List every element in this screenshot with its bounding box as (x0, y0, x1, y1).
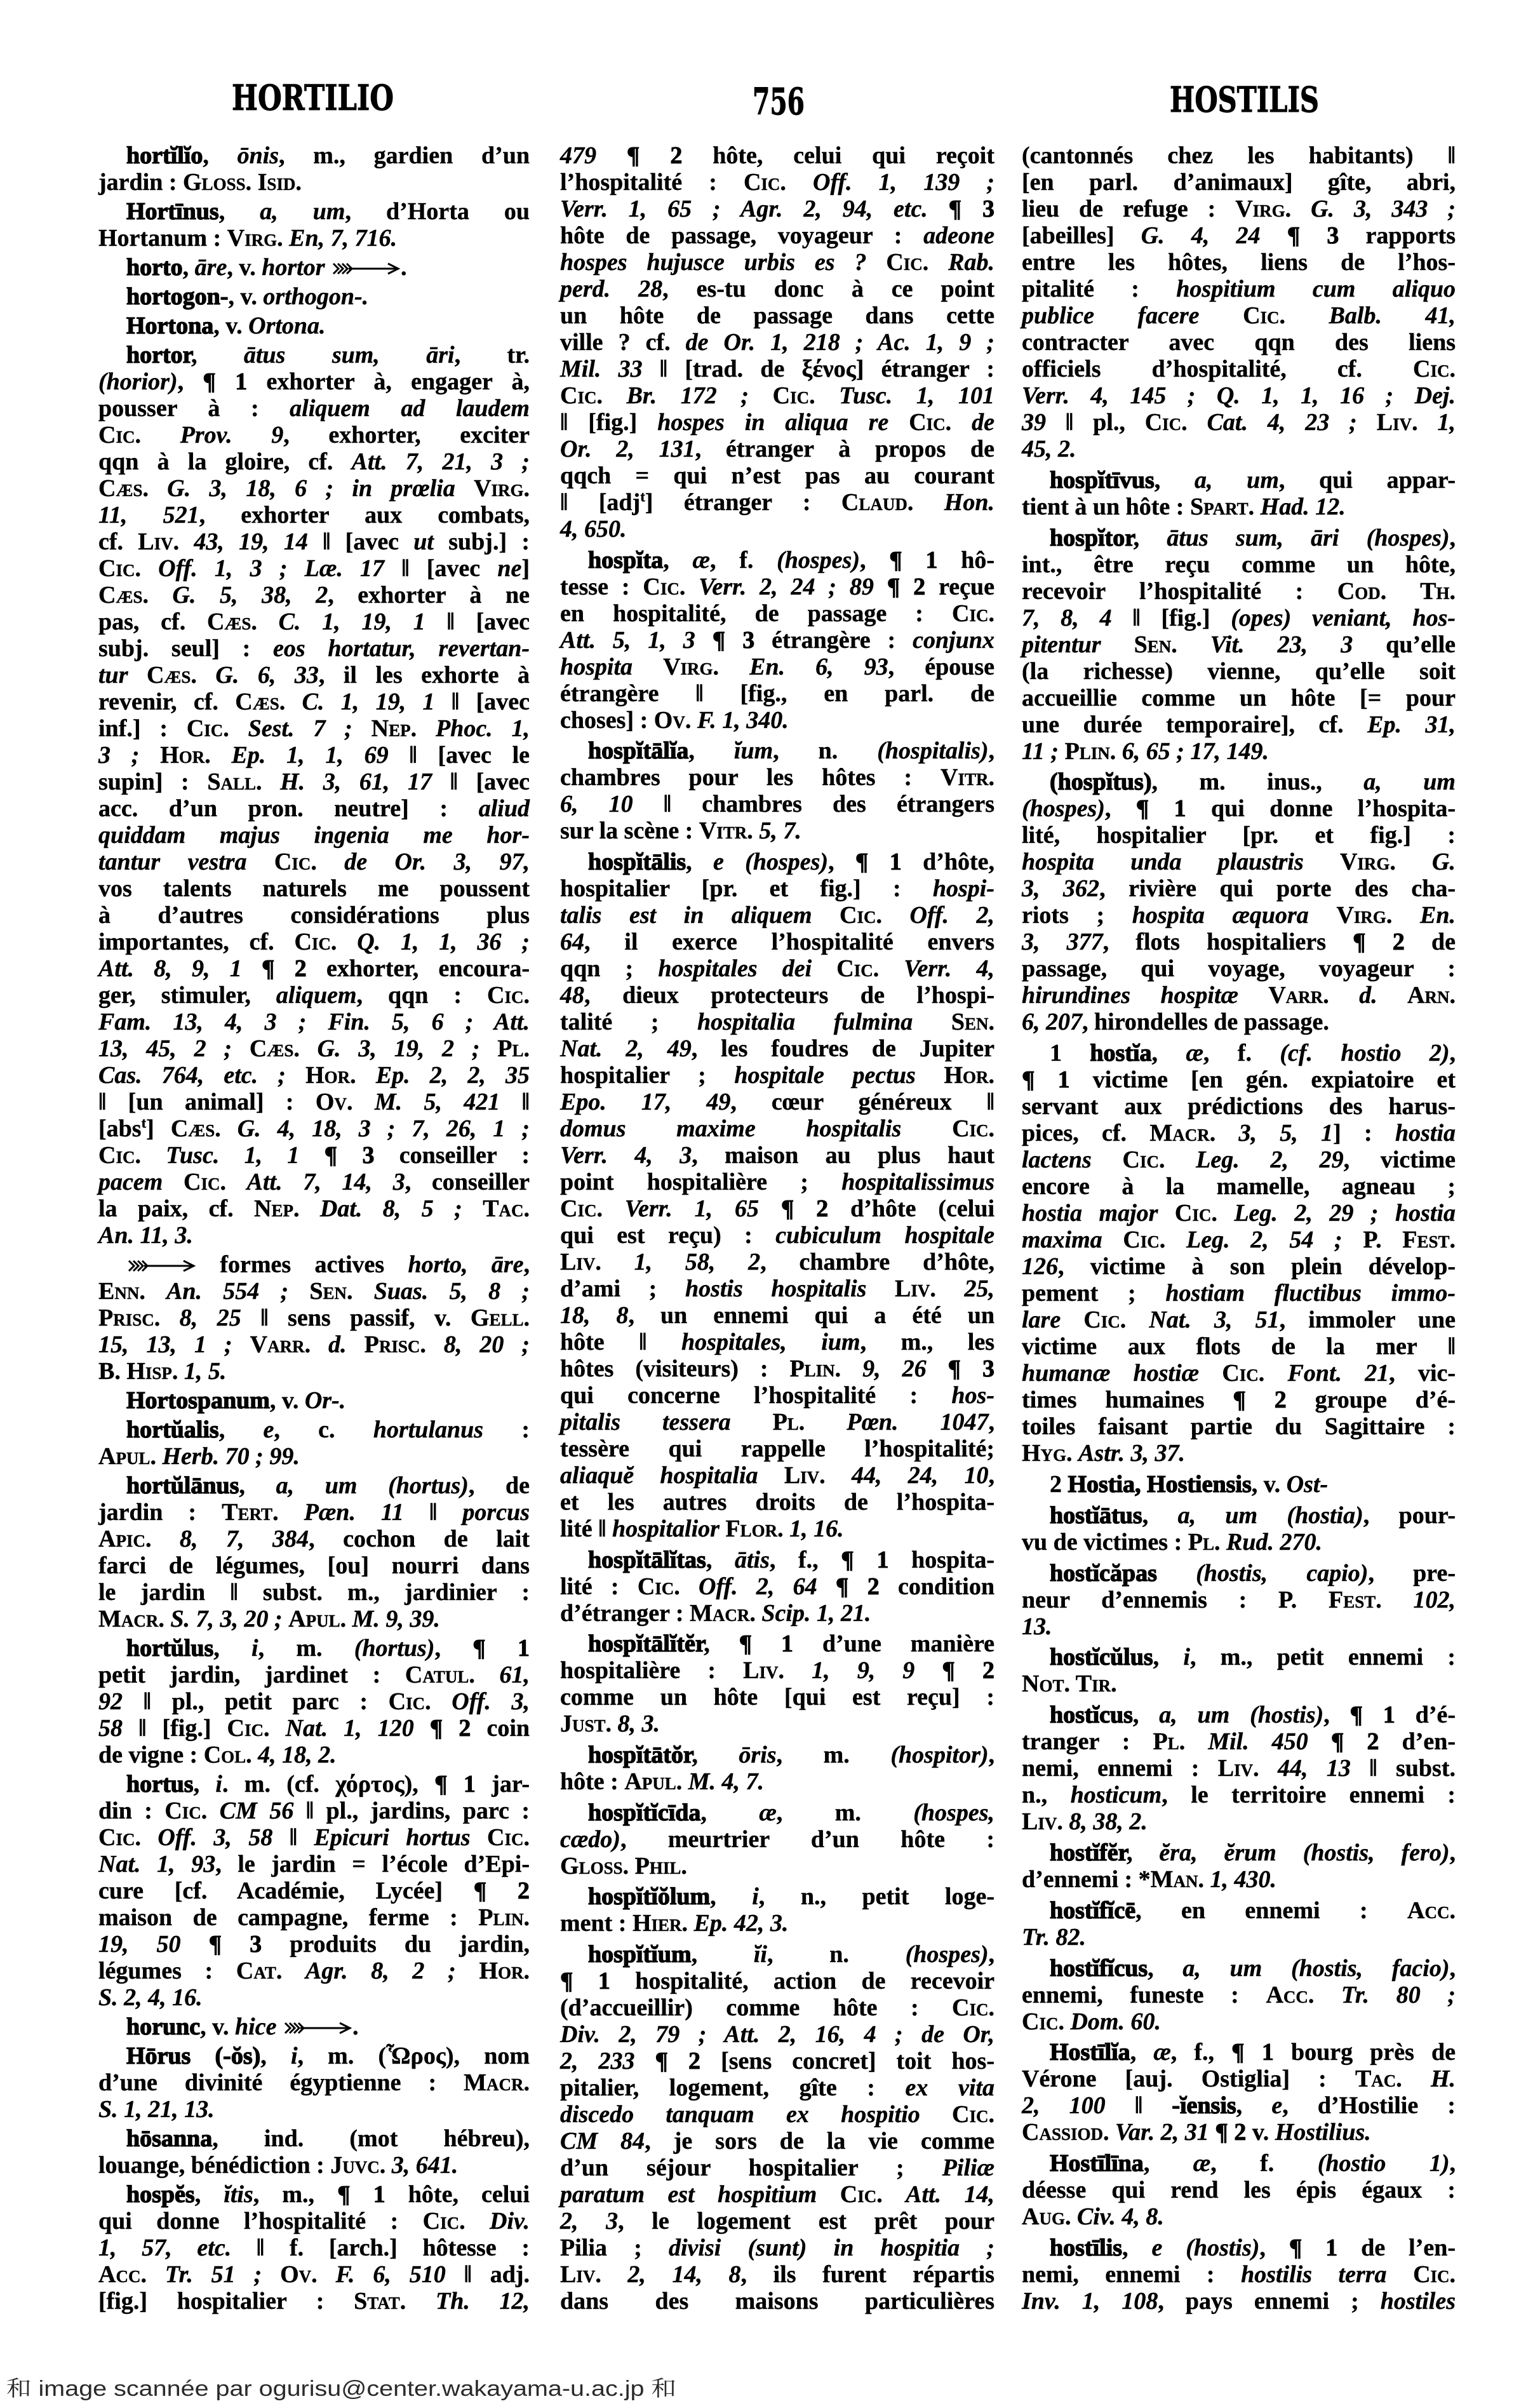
entry-line: Liv. 2, 14, 8, ils furent répartis (560, 2261, 994, 2288)
latin-text: a, um (hostis, facio) (1182, 1955, 1449, 1982)
latin-text: 6, 207 (1022, 1009, 1082, 1035)
entry-line: [fig.] hospitalier : Stat. Th. 12, (98, 2288, 530, 2315)
author-abbreviation: Cic. (952, 2101, 994, 2128)
dictionary-entry: hostĭcăpas (hostis, capio), pre-neur d’e… (1022, 1560, 1456, 1640)
entry-line: ‖ [fig.] hospes in aliqua re Cic. de (560, 409, 994, 436)
entry-line: jardin : Tert. Pæn. 11 ‖ porcus (98, 1499, 530, 1526)
author-abbreviation: Claud. (841, 489, 913, 516)
latin-text: hospita æquora (1132, 902, 1309, 929)
dictionary-entry: Hortīnus, a, um, d’Horta ouHortanum : Vi… (98, 198, 530, 252)
author-abbreviation: Hor. (305, 1062, 356, 1089)
latin-text: ōris (739, 1742, 776, 1768)
headword: hostĭcŭlus (1050, 1644, 1153, 1670)
entry-line: talité ; hospitalia fulmina Sen. (560, 1009, 994, 1035)
entry-line: domus maxime hospitalis Cic. (560, 1115, 994, 1142)
author-abbreviation: Cic. (840, 2181, 883, 2208)
entry-line: Cic. Off. 1, 3 ; Læ. 17 ‖ [avec ne] (98, 555, 530, 582)
feathered-arrow-icon (283, 2013, 352, 2040)
latin-text: talis est in aliquem (560, 902, 812, 929)
entry-line: ennemi, funeste : Acc. Tr. 80 ; (1022, 1982, 1456, 2008)
latin-text: 64 (560, 929, 584, 955)
latin-text: Scip. 1, 21. (761, 1600, 871, 1627)
author-abbreviation: P. Fest. (1278, 1587, 1382, 1613)
entry-line: nemi, ennemi : Liv. 44, 13 ‖ subst. (1022, 1755, 1456, 1782)
entry-line: Cic. Off. 3, 58 ‖ Epicuri hortus Cic. (98, 1824, 530, 1851)
entry-line: qui concerne l’hospitalité : hos- (560, 1382, 994, 1409)
author-abbreviation: Liv. (784, 1462, 826, 1489)
entry-line: pitalis tessera Pl. Pœn. 1047, (560, 1409, 994, 1435)
entry-line: aliaquĕ hospitalia Liv. 44, 24, 10, (560, 1462, 994, 1489)
latin-text: aliquem (276, 982, 357, 1009)
latin-text: 39 (1022, 409, 1046, 436)
latin-text: 479 (560, 142, 596, 169)
latin-text: Agr. 8, 2 ; (305, 1958, 456, 1984)
entry-line: sur la scène : Vitr. 5, 7. (560, 817, 994, 844)
latin-text: conjunx (913, 627, 994, 654)
dictionary-entry: hostĭfĭcē, en ennemi : Acc.Tr. 82. (1022, 1897, 1456, 1951)
author-abbreviation: Cic. (294, 929, 337, 955)
latin-text: En, 7, 716. (289, 225, 397, 252)
author-abbreviation: Nep. (254, 1195, 299, 1222)
entry-line: ment : Hier. Ep. 42, 3. (560, 1910, 994, 1937)
latin-text: hospita (560, 654, 633, 680)
entry-line: hospĭtālis, e (hospes), ¶ 1 d’hôte, (560, 849, 994, 875)
entry-line: hostĭcus, a, um (hostis), ¶ 1 d’é- (1022, 1702, 1456, 1728)
author-abbreviation: Pl. (497, 1035, 530, 1062)
latin-text: 15, 13, 1 ; (98, 1331, 232, 1358)
author-abbreviation: Gloss. Isid. (183, 169, 302, 196)
entry-line: le jardin ‖ subst. m., jardinier : (98, 1579, 530, 1606)
author-abbreviation: Ov. (654, 707, 692, 734)
author-abbreviation: Virg. (474, 475, 530, 502)
author-abbreviation: Cic. (1145, 409, 1188, 436)
author-abbreviation: Cic. (1123, 1146, 1165, 1173)
entry-line: 2, 100 ‖ -ĭensis, e, d’Hostilie : (1022, 2092, 1456, 2119)
scan-watermark: 和 image scannée par ogurisu@center.wakay… (6, 2378, 676, 2400)
latin-text: G. 3, 19, 2 ; (318, 1035, 480, 1062)
author-abbreviation: Hor. (479, 1958, 530, 1984)
author-abbreviation: Virg. (663, 654, 719, 680)
latin-text: publice facere (1022, 302, 1200, 329)
latin-text: (hortus) (354, 1635, 435, 1662)
author-abbreviation: P. Fest. (1363, 1227, 1456, 1253)
sense-marker: ¶ 2 (262, 955, 307, 982)
latin-text: Dom. 60. (1070, 2008, 1161, 2035)
entry-line: qui donne l’hospitalité : Cic. Div. (98, 2208, 530, 2235)
entry-line: Nat. 1, 93, le jardin = l’école d’Epi- (98, 1851, 530, 1878)
author-abbreviation: Cic. (98, 422, 141, 448)
sense-marker: ¶ 2 (781, 1195, 828, 1222)
entry-line: 6, 10 ‖ chambres des étrangers (560, 791, 994, 817)
latin-text: An. 11, 3. (98, 1222, 193, 1249)
dictionary-entry: formes actives horto, āre,Enn. An. 554 ;… (98, 1251, 530, 1385)
entry-line: discedo tanquam ex hospitio Cic. (560, 2101, 994, 2128)
latin-text: (hostio 1) (1318, 2150, 1450, 2177)
author-abbreviation: Apic. (98, 1526, 151, 1552)
author-abbreviation: Cic. (560, 382, 603, 409)
dictionary-entry: hōsanna, ind. (mot hébreu),louange, béné… (98, 2125, 530, 2179)
author-abbreviation: Cic. (909, 409, 951, 436)
entry-line: 1 hostĭa, æ, f. (cf. hostio 2), (1022, 1040, 1456, 1066)
latin-text: G. 3, 18, 6 ; in prœlia (167, 475, 455, 502)
latin-text: eos hortatur, revertan- (273, 635, 530, 662)
latin-text: Ep. 31, (1367, 711, 1456, 738)
dictionary-entry: 479 ¶ 2 hôte, celui qui reçoitl’hospital… (560, 142, 994, 542)
latin-text: 126 (1022, 1253, 1058, 1280)
kanji-glyph-right: 和 (651, 2377, 676, 2401)
latin-text: Herb. 70 ; 99. (162, 1443, 299, 1470)
latin-text: Mil. 33 (560, 356, 643, 382)
author-abbreviation: Apul. (624, 1768, 682, 1795)
dictionary-entry: (hospĭtus), m. inus., a, um(hospes), ¶ 1… (1022, 769, 1456, 1035)
latin-text: (hostis, capio) (1196, 1560, 1368, 1587)
entry-line: louange, bénédiction : Juvc. 3, 641. (98, 2152, 530, 2179)
latin-text: æ (1193, 2150, 1210, 2177)
dictionary-entry: hospĭtĭcīda, æ, m. (hospes,cædo), meurtr… (560, 1799, 994, 1879)
latin-text: (horior) (98, 368, 178, 395)
latin-text: hirundines hospitæ (1022, 982, 1238, 1009)
latin-text: Epicuri hortus (314, 1824, 471, 1851)
latin-text: pacem (98, 1169, 163, 1195)
dictionary-entry: hortŭlānus, a, um (hortus), dejardin : T… (98, 1472, 530, 1632)
latin-text: 1, 9, 9 (812, 1657, 914, 1684)
author-abbreviation: Prisc. (98, 1305, 160, 1331)
author-abbreviation: Apul. (98, 1443, 156, 1470)
sense-marker: ¶ 1 (434, 1771, 476, 1798)
entry-line: Cic. Dom. 60. (1022, 2008, 1456, 2035)
entry-line: (hospes), ¶ 1 qui donne l’hospita- (1022, 795, 1456, 822)
author-abbreviation: Cic. (840, 902, 882, 929)
entry-line: hortor, ātus sum, āri, tr. (98, 342, 530, 368)
headword: hostĭcus (1050, 1702, 1133, 1728)
headword: hospĭtor (1050, 525, 1134, 551)
entry-line: hôte : Apul. M. 4, 7. (560, 1768, 994, 1795)
entry-line: maison de campagne, ferme : Plin. (98, 1904, 530, 1931)
entry-line: ¶ 1 victime [en gén. expiatoire et (1022, 1066, 1456, 1093)
entry-line: pitentur Sen. Vit. 23, 3 qu’elle (1022, 631, 1456, 658)
column-1: hortĭlĭo, ōnis, m., gardien d’unjardin :… (98, 142, 530, 2315)
superscript: t (142, 1115, 147, 1131)
latin-text: C. 1, 19, 1 (279, 608, 425, 635)
latin-text: Div. 2, 79 ; Att. 2, 16, 4 ; de Or, (560, 2021, 994, 2048)
author-abbreviation: Liv. (1022, 1808, 1063, 1835)
author-abbreviation: Just. (560, 1710, 612, 1737)
author-abbreviation: Cic. (1083, 1307, 1126, 1333)
watermark-text: image scannée par ogurisu@center.wakayam… (39, 2377, 645, 2401)
latin-text: (hospitalis) (877, 737, 988, 764)
sense-marker: ¶ 1 (337, 2181, 385, 2208)
latin-text: d. (1359, 982, 1377, 1009)
dictionary-entry: Hostīlīna, æ, f. (hostio 1),déesse qui r… (1022, 2150, 1456, 2230)
latin-text: cubiculum hospitale (775, 1222, 994, 1249)
author-abbreviation: Cic. (643, 574, 685, 600)
entry-line: accueillie comme un hôte [= pour (1022, 685, 1456, 711)
author-abbreviation: Virg. (1235, 196, 1291, 222)
latin-text: (cf. hostio 2) (1280, 1040, 1449, 1066)
latin-text: Suas. 5, 8 ; (374, 1278, 530, 1305)
sense-marker: ¶ 2 (1233, 1387, 1286, 1413)
entry-line: Cic. Prov. 9, exhorter, exciter (98, 422, 530, 448)
entry-line: hospĭtĭŏlum, i, n., petit loge- (560, 1883, 994, 1910)
entry-line: contracter avec qqn des liens (1022, 329, 1456, 356)
dictionary-entry: Hostīlĭa, æ, f., ¶ 1 bourg près deVérone… (1022, 2039, 1456, 2146)
superscript: t (640, 488, 645, 504)
entry-line: vu de victimes : Pl. Rud. 270. (1022, 1529, 1456, 1556)
entry-line: Att. 8, 9, 1 ¶ 2 exhorter, encoura- (98, 955, 530, 982)
author-abbreviation: Tert. (222, 1499, 278, 1526)
author-abbreviation: Col. (204, 1742, 252, 1768)
entry-line: hospĭtīvus, a, um, qui appar- (1022, 467, 1456, 494)
latin-text: Tusc. 1, 1 (166, 1142, 299, 1169)
author-abbreviation: Liv. (560, 2261, 601, 2288)
latin-text: S. 1, 21, 13. (98, 2096, 215, 2123)
entry-line: 11, 521, exhorter aux combats, (98, 502, 530, 528)
author-abbreviation: Cæs. (98, 582, 149, 608)
author-abbreviation: Hor. (160, 742, 211, 769)
latin-text: 6, 10 (560, 791, 633, 817)
headword: (hospĭtus) (1050, 769, 1152, 795)
author-abbreviation: Pl. (773, 1409, 805, 1435)
latin-text: Astr. 3, 37. (1078, 1440, 1185, 1467)
entry-line: lactens Cic. Leg. 2, 29, victime (1022, 1146, 1456, 1173)
latin-text: Off. 2, 64 (699, 1573, 817, 1600)
entry-line: d’ennemi : *Man. 1, 430. (1022, 1866, 1456, 1893)
entry-line: Cassiod. Var. 2, 31 ¶ 2 v. Hostilius. (1022, 2119, 1456, 2146)
entry-line: toiles faisant partie du Sagittaire : (1022, 1413, 1456, 1440)
latin-text: (hospes, (913, 1799, 994, 1826)
latin-text: G. (1432, 849, 1456, 875)
author-abbreviation: Macr. (464, 2069, 530, 2096)
entry-line: pitalier, logement, gîte : ex vita (560, 2074, 994, 2101)
latin-text: 8, 3. (618, 1710, 660, 1737)
entry-line: tessère qui rappelle l’hospitalité; (560, 1435, 994, 1462)
entry-line: passage, qui voyage, voyageur : (1022, 955, 1456, 982)
latin-text: a, um (1363, 769, 1456, 795)
headword: hospĭtālĭa (588, 737, 688, 764)
latin-text: Div. (490, 2208, 530, 2235)
latin-text: maxima (1022, 1227, 1102, 1253)
latin-text: Ep. 2, 2, 35 (376, 1062, 530, 1089)
author-abbreviation: Macr. (1149, 1120, 1215, 1146)
latin-text: hortulanus (373, 1416, 483, 1443)
author-abbreviation: Cassiod. (1022, 2119, 1109, 2146)
latin-text: F. 1, 340. (697, 707, 789, 734)
author-abbreviation: Virg. (227, 225, 283, 252)
author-abbreviation: Liv. (1218, 1755, 1259, 1782)
author-abbreviation: Acc. (1266, 1982, 1314, 2008)
entry-line: 64, il exerce l’hospitalité envers (560, 929, 994, 955)
entry-line: recevoir l’hospitalité : Cod. Th. (1022, 578, 1456, 605)
entry-line: 48, dieux protecteurs de l’hospi- (560, 982, 994, 1009)
entry-line: S. 2, 4, 16. (98, 1984, 530, 2011)
latin-text: hospitalissimus (841, 1169, 994, 1195)
latin-text: 25, (965, 1275, 995, 1302)
dictionary-entry: hospĭtātŏr, ōris, m. (hospitor),hôte : A… (560, 1742, 994, 1795)
dictionary-entry: hortus, i. m. (cf. χόρτος), ¶ 1 jar-din … (98, 1771, 530, 2011)
author-abbreviation: Plin. (1065, 738, 1116, 765)
entry-line: cure [cf. Académie, Lycée] ¶ 2 (98, 1878, 530, 1904)
entry-line: humanæ hostiæ Cic. Font. 21, vic- (1022, 1360, 1456, 1387)
entry-line: supin] : Sall. H. 3, 61, 17 ‖ [avec (98, 769, 530, 795)
entry-line: (horior), ¶ 1 exhorter à, engager à, (98, 368, 530, 395)
author-abbreviation: Juvc. (330, 2152, 385, 2179)
latin-text: Nat. 1, 120 (286, 1715, 414, 1742)
entry-line: entre les hôtes, liens de l’hos- (1022, 249, 1456, 276)
entry-line: tesse : Cic. Verr. 2, 24 ; 89 ¶ 2 reçue (560, 574, 994, 600)
latin-text: hospitalior (612, 1516, 720, 1542)
entry-line: en hospitalité, de passage : Cic. (560, 600, 994, 627)
headword: horto (126, 254, 183, 281)
entry-line: 4, 650. (560, 516, 994, 542)
entry-line: Mil. 33 ‖ [trad. de ξένος] étranger : (560, 356, 994, 382)
latin-text: de Or. 3, 97, (344, 849, 530, 875)
latin-text: Sest. 7 ; (248, 715, 352, 742)
entry-line: Liv. 8, 38, 2. (1022, 1808, 1456, 1835)
author-abbreviation: Liv. (138, 528, 179, 555)
latin-text: Th. 12, (436, 2288, 530, 2315)
author-abbreviation: Arn. (1407, 982, 1456, 1009)
sense-marker: ¶ 1 (1136, 795, 1186, 822)
dictionary-entry: hospĭtālis, e (hospes), ¶ 1 d’hôte,hospi… (560, 849, 994, 1542)
latin-text: 4, 18, 2. (258, 1742, 337, 1768)
entry-line: 3 ; Hor. Ep. 1, 1, 69 ‖ [avec le (98, 742, 530, 769)
latin-text: divisi (sunt) in hospitia ; (669, 2235, 994, 2261)
latin-text: Off. 1, 3 ; Læ. 17 (158, 555, 384, 582)
dictionary-entry: hortŭlus, i, m. (hortus), ¶ 1petit jardi… (98, 1635, 530, 1768)
latin-text: ĭtis (224, 2181, 253, 2208)
entry-line: hostia major Cic. Leg. 2, 29 ; hostia (1022, 1200, 1456, 1227)
latin-text: 11 ; (1022, 738, 1059, 765)
author-abbreviation: Cic. (1123, 1227, 1165, 1253)
latin-text: hospitalia fulmina (697, 1009, 913, 1035)
column-2: 479 ¶ 2 hôte, celui qui reçoitl’hospital… (560, 142, 994, 2315)
latin-text: Att. 8, 9, 1 (98, 955, 242, 982)
latin-text: ōnis (238, 142, 279, 169)
latin-text: Att. 5, 1, 3 (560, 627, 695, 654)
latin-text: 3, 641. (392, 2152, 459, 2179)
author-abbreviation: Cic. (274, 849, 317, 875)
latin-text: orthogon-. (263, 283, 368, 310)
sense-marker: ¶ 1 (203, 368, 247, 395)
headword: hortŭlus (126, 1635, 213, 1662)
latin-text: tantur vestra (98, 849, 246, 875)
author-abbreviation: Cæs. (235, 689, 285, 715)
dictionary-entry: hospĭtĭŏlum, i, n., petit loge-ment : Hi… (560, 1883, 994, 1937)
entry-line: la paix, cf. Nep. Dat. 8, 5 ; Tac. (98, 1195, 530, 1222)
entry-line: Hortanum : Virg. En, 7, 716. (98, 225, 530, 252)
latin-text: Off. 2, (909, 902, 994, 929)
entry-line: talis est in aliquem Cic. Off. 2, (560, 902, 994, 929)
latin-text: Verr. 4, (904, 955, 994, 982)
entry-line: hortus, i. m. (cf. χόρτος), ¶ 1 jar- (98, 1771, 530, 1798)
entry-line: hospĭtĭcīda, æ, m. (hospes, (560, 1799, 994, 1826)
author-abbreviation: Gloss. Phil. (560, 1853, 687, 1879)
author-abbreviation: Cic. (389, 1688, 431, 1715)
author-abbreviation: Ov. (316, 1089, 353, 1115)
latin-text: Piliæ (942, 2154, 994, 2181)
headword: Hōrus (-ŏs) (126, 2043, 260, 2069)
latin-text: hospitium cum aliquo (1176, 276, 1456, 302)
latin-text: 1, 57, etc. (98, 2235, 231, 2261)
dictionary-entry: hospĭta, æ, f. (hospes), ¶ 1 hô-tesse : … (560, 547, 994, 734)
latin-text: Br. 172 ; (627, 382, 749, 409)
entry-line: maxima Cic. Leg. 2, 54 ; P. Fest. (1022, 1227, 1456, 1253)
entry-line: pement ; hostiam fluctibus immo- (1022, 1280, 1456, 1307)
latin-text: 102, (1414, 1587, 1456, 1613)
latin-text: 2, 14, 8 (627, 2261, 740, 2288)
latin-text: S. 2, 4, 16. (98, 1984, 203, 2011)
entry-line: hôte de passage, voyageur : adeone (560, 222, 994, 249)
left-guide-word: HORTILIO (232, 80, 394, 115)
latin-text: Leg. 2, 29 ; hostia (1234, 1200, 1456, 1227)
latin-text: Off. 3, 58 (157, 1824, 272, 1851)
sense-marker: ¶ 2 (627, 142, 682, 169)
latin-text: CM 56 (220, 1798, 294, 1824)
latin-text: H. 3, 61, 17 (280, 769, 432, 795)
entry-line: An. 11, 3. (98, 1222, 530, 1249)
author-abbreviation: Cic. (886, 249, 928, 276)
entry-line: 18, 8, un ennemi qui a été un (560, 1302, 994, 1329)
headword: hospĭtīvus (1050, 467, 1155, 494)
entry-line: ville ? cf. de Or. 1, 218 ; Ac. 1, 9 ; (560, 329, 994, 356)
latin-text: G. 3, 343 ; (1311, 196, 1456, 222)
entry-line: hospĕs, ĭtis, m., ¶ 1 hôte, celui (98, 2181, 530, 2208)
author-abbreviation: Hier. (633, 1910, 688, 1937)
entry-line: Cic. Verr. 1, 65 ¶ 2 d’hôte (celui (560, 1195, 994, 1222)
latin-text: 4, 650. (560, 516, 627, 542)
entry-line: 479 ¶ 2 hôte, celui qui reçoit (560, 142, 994, 169)
author-abbreviation: Cod. Th. (1337, 578, 1456, 605)
author-abbreviation: Cic. (1222, 1360, 1264, 1387)
latin-text: d. (328, 1331, 347, 1358)
latin-text: 3, 377 (1022, 929, 1103, 955)
latin-text: Nat. 2, 49 (560, 1035, 692, 1062)
latin-text: 48 (560, 982, 584, 1009)
entry-line: Macr. S. 7, 3, 20 ; Apul. M. 9, 39. (98, 1606, 530, 1632)
entry-line: servant aux prédictions des harus- (1022, 1093, 1456, 1120)
latin-text: a, um (1195, 467, 1279, 494)
author-abbreviation: Cic. (1243, 302, 1285, 329)
author-abbreviation: Liv. (895, 1275, 936, 1302)
entry-line: pousser à : aliquem ad laudem (98, 395, 530, 422)
author-abbreviation: Gell. (471, 1305, 530, 1331)
latin-text: ĕra, ĕrum (hostis, fero) (1159, 1839, 1449, 1866)
dictionary-entry: hortŭalis, e, c. hortulanus :Apul. Herb.… (98, 1416, 530, 1470)
latin-text: 3, 5, 1 (1239, 1120, 1334, 1146)
entry-line: lité, hospitalier [pr. et fig.] : (1022, 822, 1456, 849)
author-abbreviation: Pl. (1153, 1728, 1186, 1755)
headword: hostĭa (1090, 1040, 1151, 1066)
latin-text: ātus sum, āri (244, 342, 455, 368)
latin-text: hostiam fluctibus immo- (1165, 1280, 1456, 1307)
latin-text: Cat. 4, 23 ; (1207, 409, 1357, 436)
latin-text: S. 7, 3, 20 ; (170, 1606, 282, 1632)
latin-text: hospi- (933, 875, 994, 902)
latin-text: Verr. 2, 24 ; 89 (699, 574, 874, 600)
entry-line: Cæs. G. 3, 18, 6 ; in prœlia Virg. (98, 475, 530, 502)
latin-text: ātus sum, āri (hospes) (1167, 525, 1449, 551)
dictionary-entry: hospĭtālĭtĕr, ¶ 1 d’une manièrehospitali… (560, 1630, 994, 1737)
latin-text: ĭi (754, 1941, 767, 1968)
entry-line: CM 84, je sors de la vie comme (560, 2128, 994, 2154)
entry-line: hôtes (visiteurs) : Plin. 9, 26 ¶ 3 (560, 1355, 994, 1382)
headword: hospĭtĭŏlum (588, 1883, 710, 1910)
entry-line: [abeilles] G. 4, 24 ¶ 3 rapports (1022, 222, 1456, 249)
latin-text: 18, 8 (560, 1302, 629, 1329)
author-abbreviation: Liv. (1377, 409, 1418, 436)
latin-text: Tr. 80 ; (1341, 1982, 1456, 2008)
latin-text: M. 4, 7. (688, 1768, 764, 1795)
